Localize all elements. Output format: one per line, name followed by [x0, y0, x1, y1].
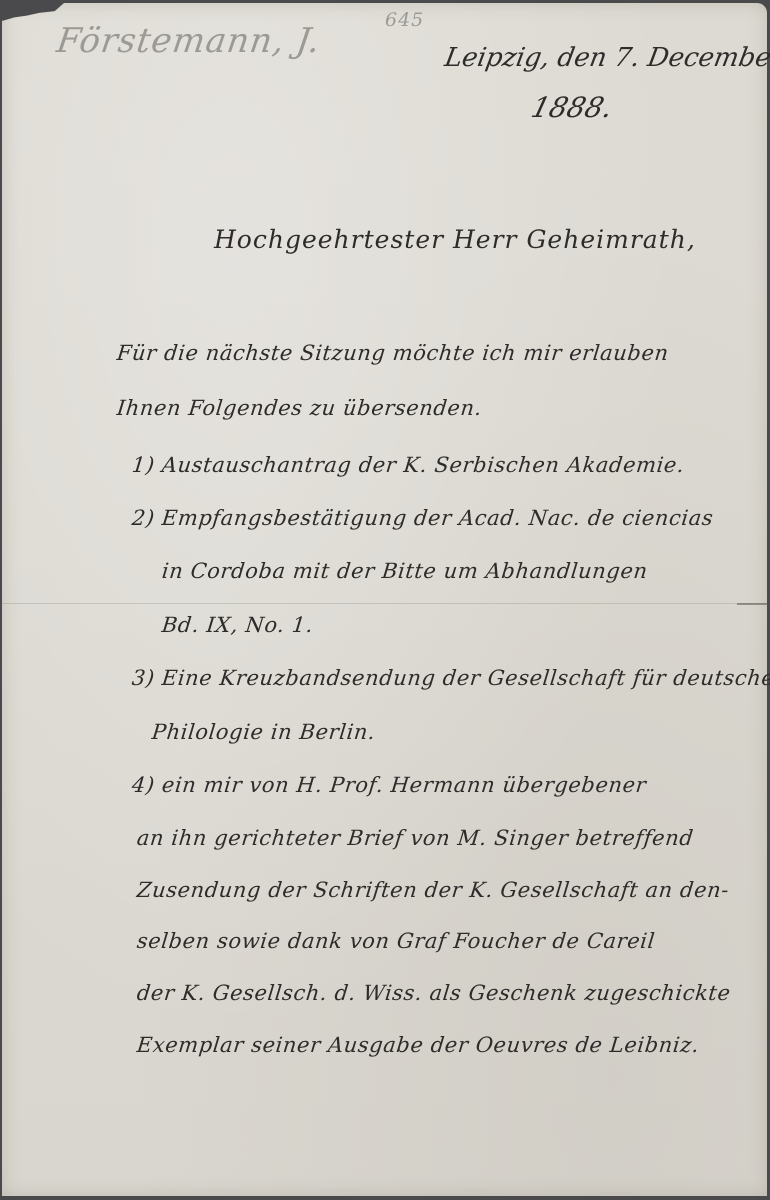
fold-crease-edge [737, 603, 769, 605]
body-line: Ihnen Folgendes zu übersenden. [116, 396, 484, 420]
list-item-2-cont: in Cordoba mit der Bitte um Abhandlungen [161, 559, 649, 583]
list-item-4: 4) ein mir von H. Prof. Hermann übergebe… [131, 773, 648, 797]
list-item-4-cont: Zusendung der Schriften der K. Gesellsch… [136, 878, 731, 902]
letter-paper: Förstemann, J. 645 Leipzig, den 7. Decem… [2, 3, 767, 1196]
list-item-3-cont: Philologie in Berlin. [151, 720, 377, 744]
archive-number-notation: 645 [385, 9, 424, 31]
list-item-4-cont: selben sowie dank von Graf Foucher de Ca… [136, 929, 657, 953]
list-item-4-cont: an ihn gerichteter Brief von M. Singer b… [136, 826, 695, 850]
place-date: Leipzig, den 7. December [442, 43, 770, 73]
fold-line [2, 603, 767, 604]
list-item-4-cont: Exemplar seiner Ausgabe der Oeuvres de L… [136, 1033, 701, 1057]
salutation: Hochgeehrtester Herr Geheimrath, [214, 225, 696, 254]
year: 1888. [528, 91, 616, 124]
list-item-3: 3) Eine Kreuzbandsendung der Gesellschaf… [131, 666, 770, 690]
torn-corner [2, 3, 64, 21]
list-item-2: 2) Empfangsbestätigung der Acad. Nac. de… [131, 506, 715, 530]
list-item-2-cont: Bd. IX, No. 1. [161, 613, 315, 637]
document-scan: Förstemann, J. 645 Leipzig, den 7. Decem… [0, 0, 770, 1200]
body-line: Für die nächste Sitzung möchte ich mir e… [116, 341, 670, 365]
list-item-4-cont: der K. Gesellsch. d. Wiss. als Geschenk … [136, 981, 732, 1005]
list-item-1: 1) Austauschantrag der K. Serbischen Aka… [131, 453, 686, 477]
archive-name-notation: Förstemann, J. [54, 21, 323, 61]
